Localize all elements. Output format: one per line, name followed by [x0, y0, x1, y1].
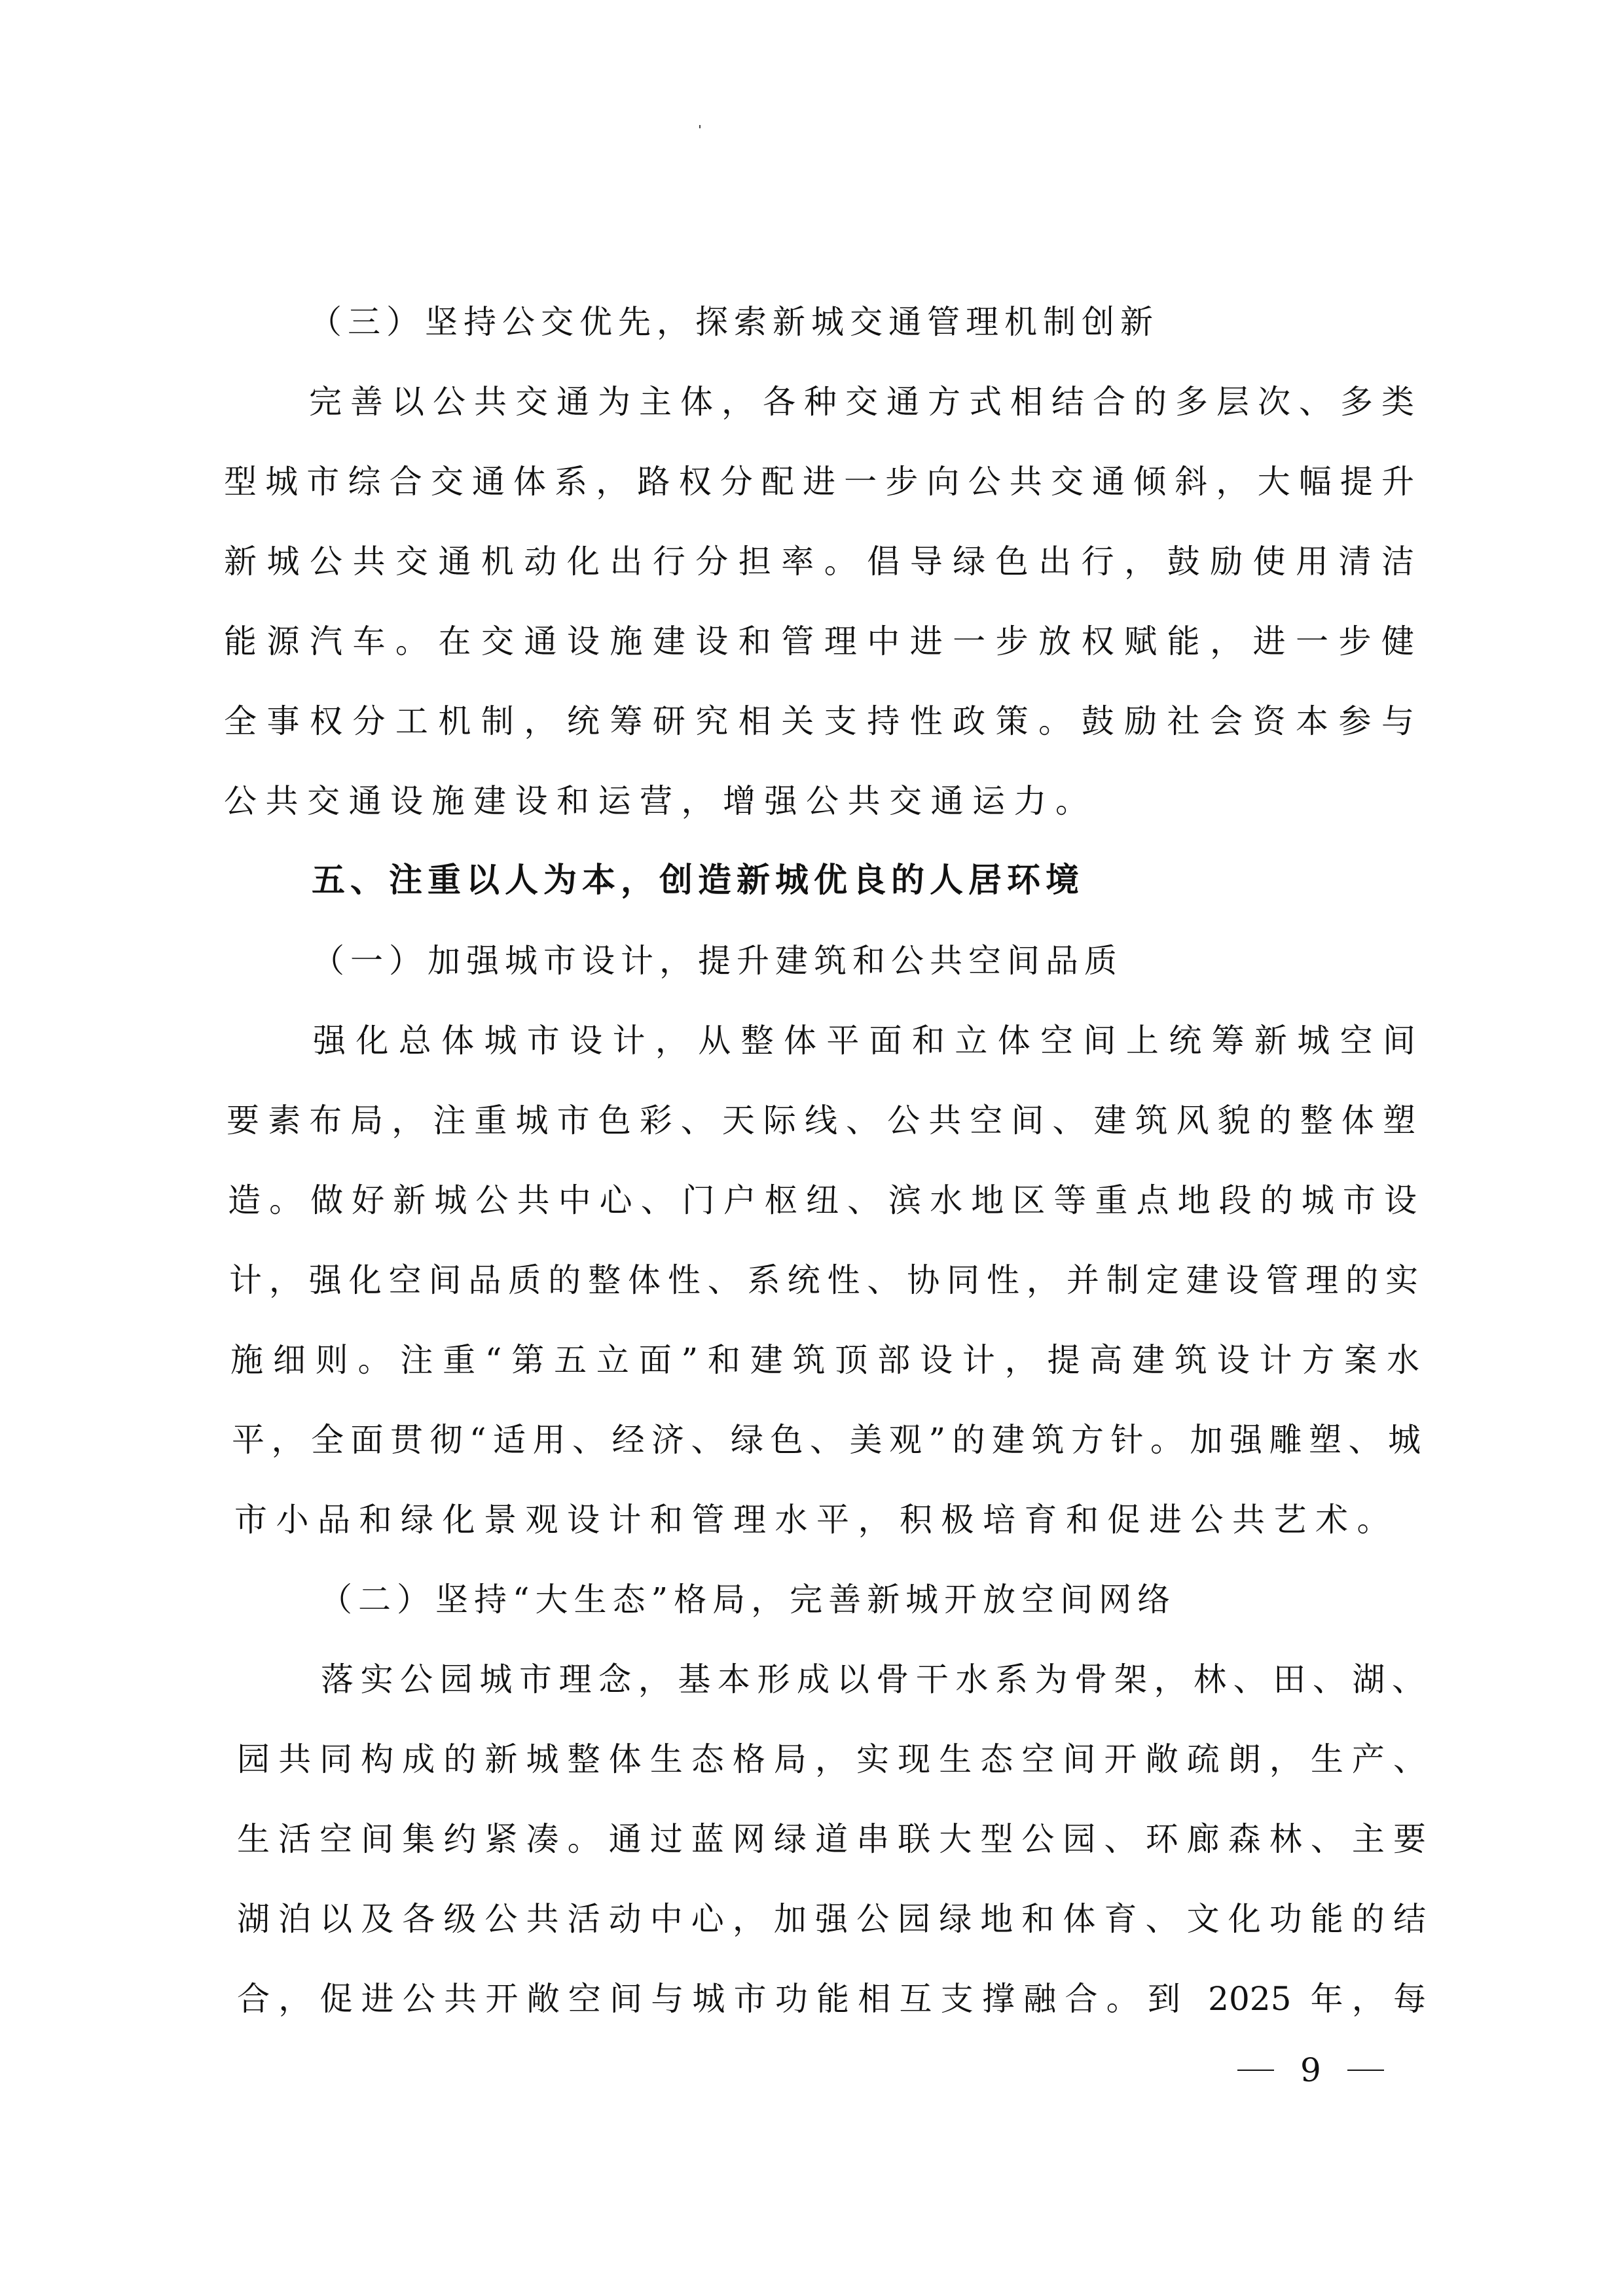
- paragraph-line: 全​事​权​分​工​机​制​，​统​筹​研​究​相​关​支​持​性​政​策​。​…: [224, 698, 1414, 744]
- page-number-value: 9: [1300, 2047, 1321, 2093]
- paragraph-line: 合​，​促​进​公​共​开​敞​空​间​与​城​市​功​能​相​互​支​撑​融​…: [237, 1976, 1426, 2022]
- paragraph-line: 湖​泊​以​及​各​级​公​共​活​动​中​心​，​加​强​公​园​绿​地​和​…: [237, 1896, 1426, 1942]
- paragraph-line: 市小品和绿化景观设计和管理水平，积极培育和促进公共艺术。: [234, 1497, 1398, 1543]
- paragraph-line: 落​实​公​园​城​市​理​念​，​基​本​形​成​以​骨​干​水​系​为​骨​…: [321, 1657, 1425, 1702]
- page-number-dash-right: [1347, 2070, 1384, 2071]
- page-number: 9: [1237, 2047, 1384, 2093]
- paragraph-line: 要​素​布​局​，​注​重​城​市​色​彩​、​天​际​线​、​公​共​空​间​…: [227, 1098, 1415, 1143]
- page-number-dash-left: [1237, 2070, 1274, 2071]
- paragraph-line: 公共交通设施建设和运营，增强公共交通运力。: [224, 778, 1097, 824]
- paragraph-line: 园​共​同​构​成​的​新​城​整​体​生​态​格​局​，​实​现​生​态​空​…: [237, 1736, 1426, 1782]
- paragraph-line: 强​化​总​体​城​市​设​计​，​从​整​体​平​面​和​立​体​空​间​上​…: [313, 1018, 1415, 1064]
- document-page: （三）坚持公交优先，探索新城交通管理机制创新 完​善​以​公​共​交​通​为​主…: [0, 0, 1623, 2296]
- paragraph-line: 平​，​全​面​贯​彻​“​适​用​、​经​济​、​绿​色​、​美​观​”​的​…: [232, 1417, 1421, 1463]
- subheading-1: （一）加强城市设计，提升建筑和公共空间品质: [312, 938, 1123, 984]
- subheading-3: （三）坚持公交优先，探索新城交通管理机制创新: [309, 299, 1291, 345]
- paragraph-line: 计​，​强​化​空​间​品​质​的​整​体​性​、​系​统​性​、​协​同​性​…: [229, 1257, 1418, 1303]
- paragraph-line: 新​城​公​共​交​通​机​动​化​出​行​分​担​率​。​倡​导​绿​色​出​…: [224, 539, 1414, 584]
- subheading-2: （二）坚持“大生态”格局，完善新城开放空间网络: [319, 1577, 1176, 1623]
- paragraph-line: 施​细​则​。​注​重​“​第​五​立​面​”​和​建​筑​顶​部​设​计​，​…: [230, 1337, 1419, 1383]
- section-heading-5: 五、注重以人为本，创造新城优良的人居环境: [312, 858, 1084, 904]
- paragraph-line: 生​活​空​间​集​约​紧​凑​。​通​过​蓝​网​绿​道​串​联​大​型​公​…: [237, 1816, 1426, 1862]
- scan-speck: [699, 125, 701, 128]
- paragraph-line: 完​善​以​公​共​交​通​为​主​体​，​各​种​交​通​方​式​相​结​合​…: [309, 379, 1414, 425]
- paragraph-line: 能​源​汽​车​。​在​交​通​设​施​建​设​和​管​理​中​进​一​步​放​…: [224, 619, 1414, 664]
- paragraph-line: 型​城​市​综​合​交​通​体​系​，​路​权​分​配​进​一​步​向​公​共​…: [224, 459, 1414, 505]
- paragraph-line: 造​。​做​好​新​城​公​共​中​心​、​门​户​枢​纽​、​滨​水​地​区​…: [228, 1177, 1417, 1223]
